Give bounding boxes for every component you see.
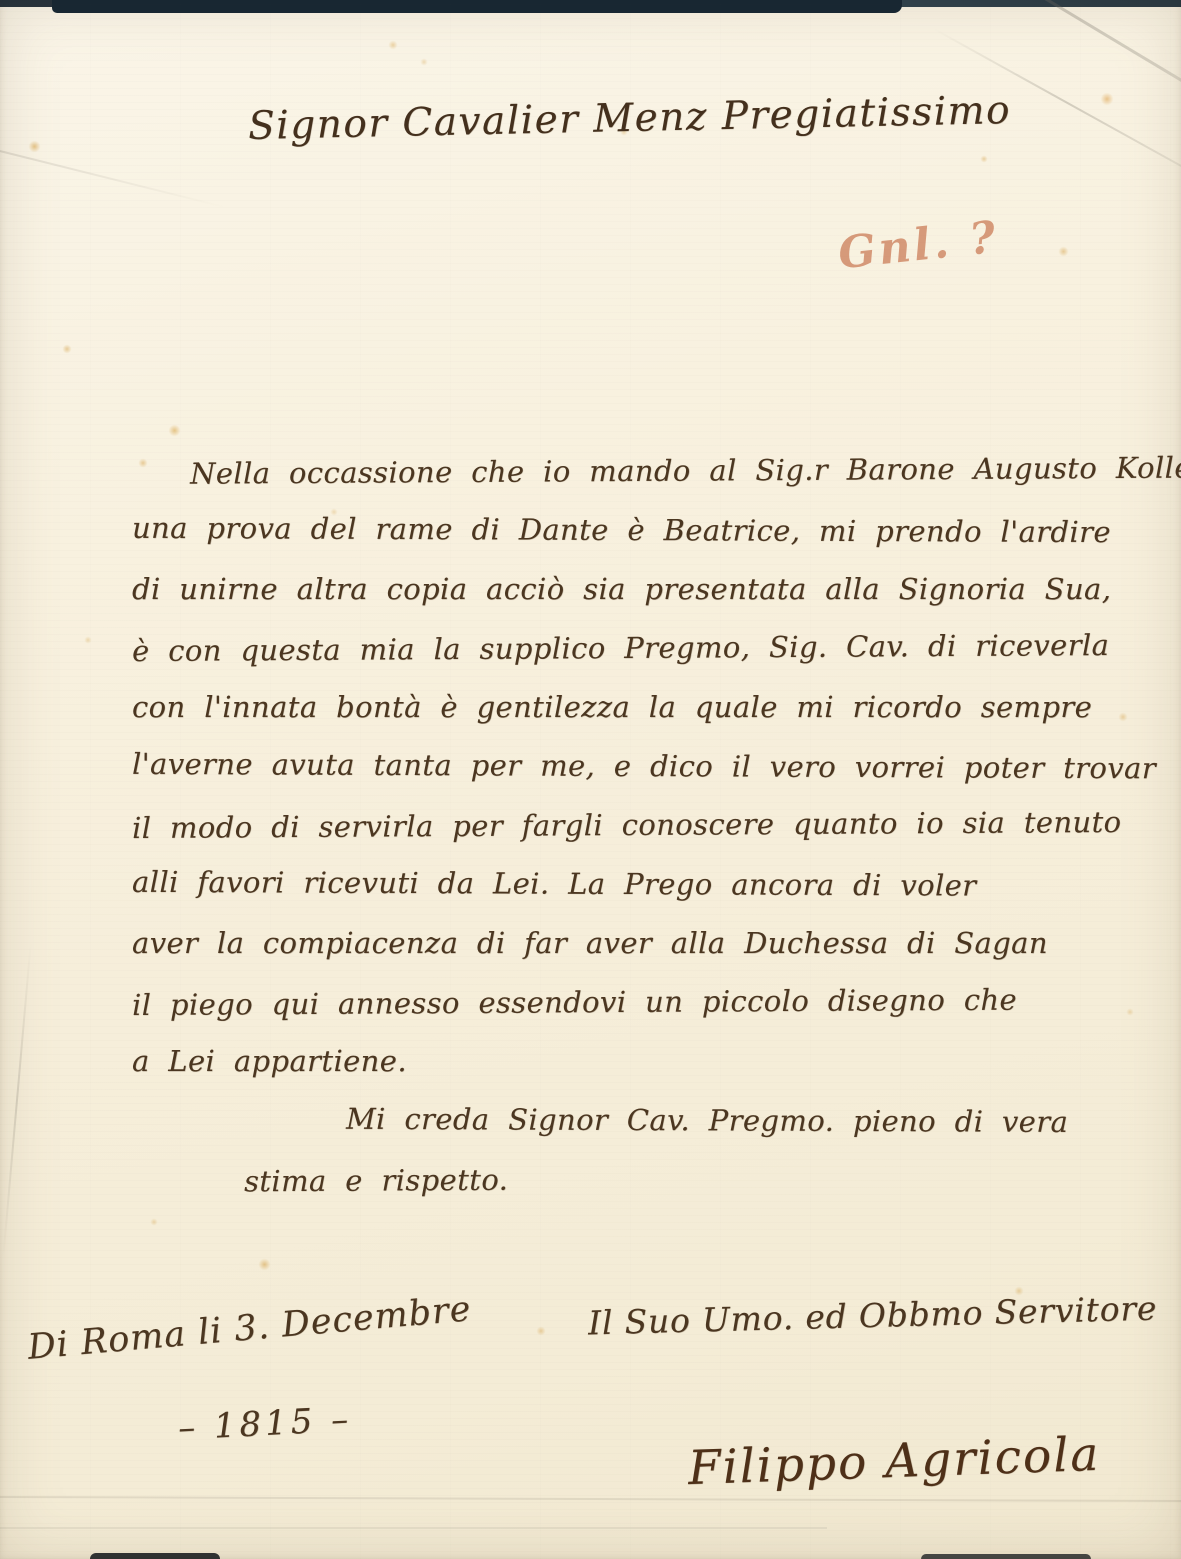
body-line: l'averne avuta tanta per me, e dico il v… bbox=[132, 735, 1122, 798]
fold-crease bbox=[0, 1527, 827, 1529]
body-line: aver la compiacenza di far aver alla Duc… bbox=[132, 914, 1122, 973]
signature: Filippo Agricola bbox=[687, 1427, 1101, 1496]
closing-line: Il Suo Umo. ed Obbmo Servitore bbox=[588, 1289, 1158, 1343]
body-line: di unirne altra copia acciò sia presenta… bbox=[132, 560, 1122, 619]
fold-crease bbox=[2, 941, 32, 1260]
body-line: il piego qui annesso essendovi un piccol… bbox=[132, 970, 1122, 1035]
dateline-year: – 1815 – bbox=[177, 1399, 353, 1448]
scanner-edge-bottom-left bbox=[90, 1553, 220, 1559]
fold-crease bbox=[0, 1496, 1181, 1502]
body-line: alli favori ricevuti da Lei. La Prego an… bbox=[132, 853, 1122, 916]
letter-body: Nella occassione che io mando al Sig.r B… bbox=[132, 442, 1122, 1209]
body-line: una prova del rame di Dante è Beatrice, … bbox=[132, 499, 1122, 562]
scanner-edge-top-thick bbox=[52, 0, 902, 13]
fold-crease bbox=[0, 144, 226, 209]
salutation: Signor Cavalier Menz Pregiatissimo bbox=[248, 88, 1012, 149]
body-line: è con questa mia la supplico Pregmo, Sig… bbox=[132, 616, 1122, 681]
red-pencil-annotation: Gnl. ? bbox=[836, 212, 1001, 280]
body-line: stima e rispetto. bbox=[132, 1147, 1122, 1212]
body-line: il modo di servirla per fargli conoscere… bbox=[132, 793, 1122, 858]
scanner-edge-bottom-right bbox=[921, 1554, 1091, 1559]
body-line: Mi creda Signor Cav. Pregmo. pieno di ve… bbox=[132, 1089, 1122, 1152]
body-line: con l'innata bontà è gentilezza la quale… bbox=[132, 678, 1122, 737]
dateline-place: Di Roma li 3. Decembre bbox=[26, 1289, 473, 1368]
letter-scan: Signor Cavalier Menz Pregiatissimo Gnl. … bbox=[0, 0, 1181, 1559]
body-line: Nella occassione che io mando al Sig.r B… bbox=[132, 439, 1122, 504]
body-line: a Lei appartiene. bbox=[132, 1032, 1122, 1091]
